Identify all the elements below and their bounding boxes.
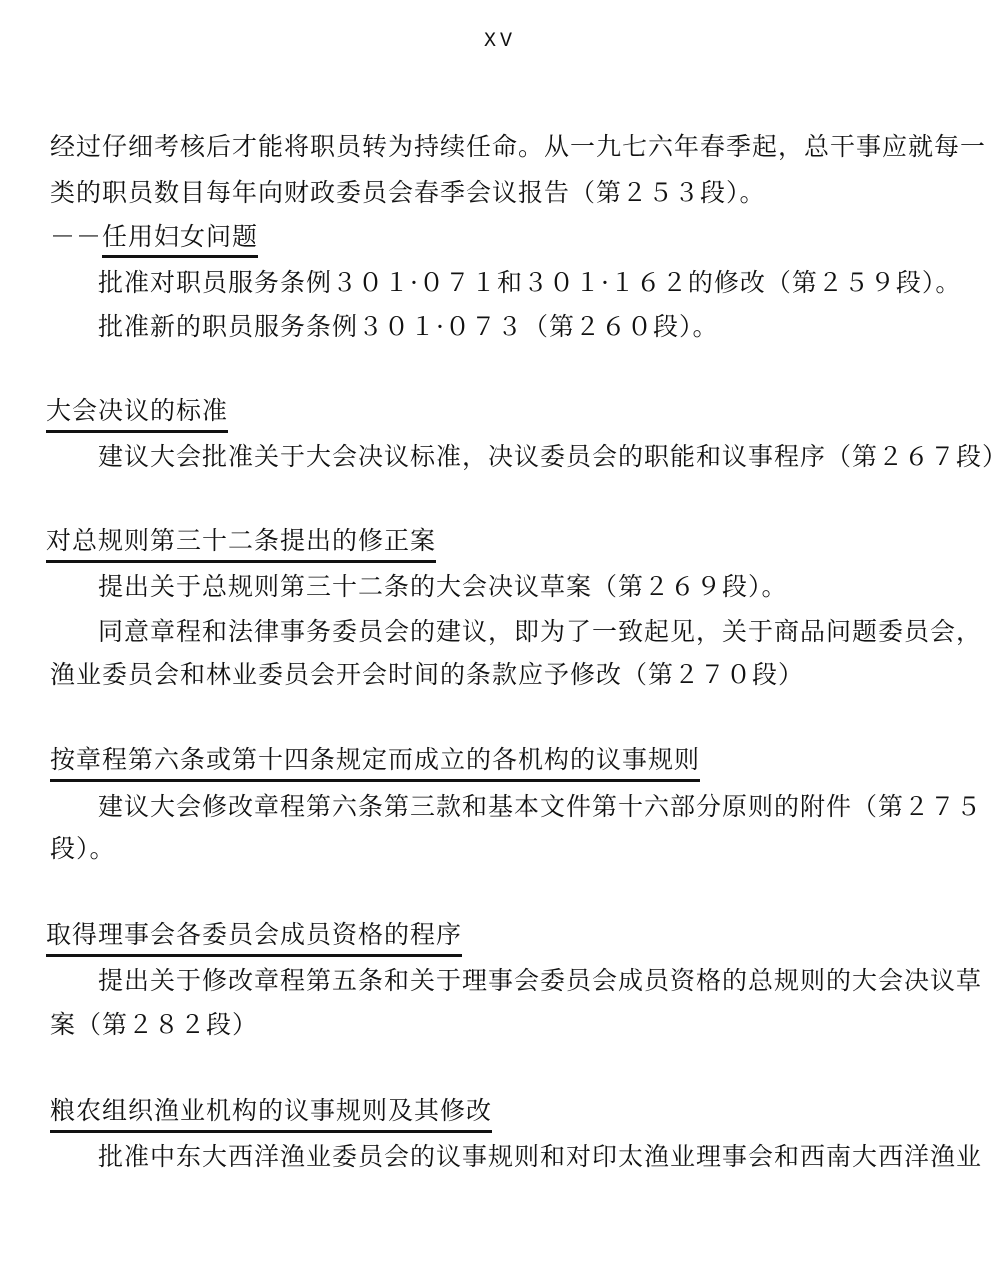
subsection-women-heading: －－任用妇女问题 (50, 222, 258, 252)
paragraph: 同意章程和法律事务委员会的建议，即为了一致起见，关于商品问题委员会， (98, 617, 982, 647)
paragraph: 案（第２８２段） (50, 1010, 258, 1040)
section-heading: 大会决议的标准 (46, 396, 228, 433)
paragraph: 提出关于修改章程第五条和关于理事会委员会成员资格的总规则的大会决议草 (98, 966, 982, 996)
paragraph: 段）。 (50, 834, 116, 864)
page-number: XV (0, 30, 1000, 53)
dash-prefix: －－ (50, 222, 102, 251)
section-heading: 取得理事会各委员会成员资格的程序 (46, 920, 462, 957)
paragraph: 提出关于总规则第三十二条的大会决议草案（第２６９段）。 (98, 572, 788, 602)
intro-line-2: 类的职员数目每年向财政委员会春季会议报告（第２５３段）。 (50, 178, 766, 208)
section-heading: 对总规则第三十二条提出的修正案 (46, 526, 436, 563)
section-heading: 按章程第六条或第十四条规定而成立的各机构的议事规则 (50, 745, 700, 782)
intro-line-1: 经过仔细考核后才能将职员转为持续任命。从一九七六年春季起，总干事应就每一 (50, 132, 986, 162)
section-heading: 粮农组织渔业机构的议事规则及其修改 (50, 1096, 492, 1133)
paragraph: 批准新的职员服务条例３０１·０７３（第２６０段）。 (98, 312, 718, 342)
paragraph: 建议大会修改章程第六条第三款和基本文件第十六部分原则的附件（第２７５ (98, 792, 982, 822)
subsection-title: 任用妇女问题 (102, 222, 258, 258)
paragraph: 建议大会批准关于大会决议标准，决议委员会的职能和议事程序（第２６７段） (98, 442, 1000, 472)
paragraph: 渔业委员会和林业委员会开会时间的条款应予修改（第２７０段） (50, 660, 804, 690)
paragraph: 批准中东大西洋渔业委员会的议事规则和对印太渔业理事会和西南大西洋渔业 (98, 1142, 982, 1172)
paragraph: 批准对职员服务条例３０１·０７１和３０１·１６２的修改（第２５９段）。 (98, 268, 961, 298)
